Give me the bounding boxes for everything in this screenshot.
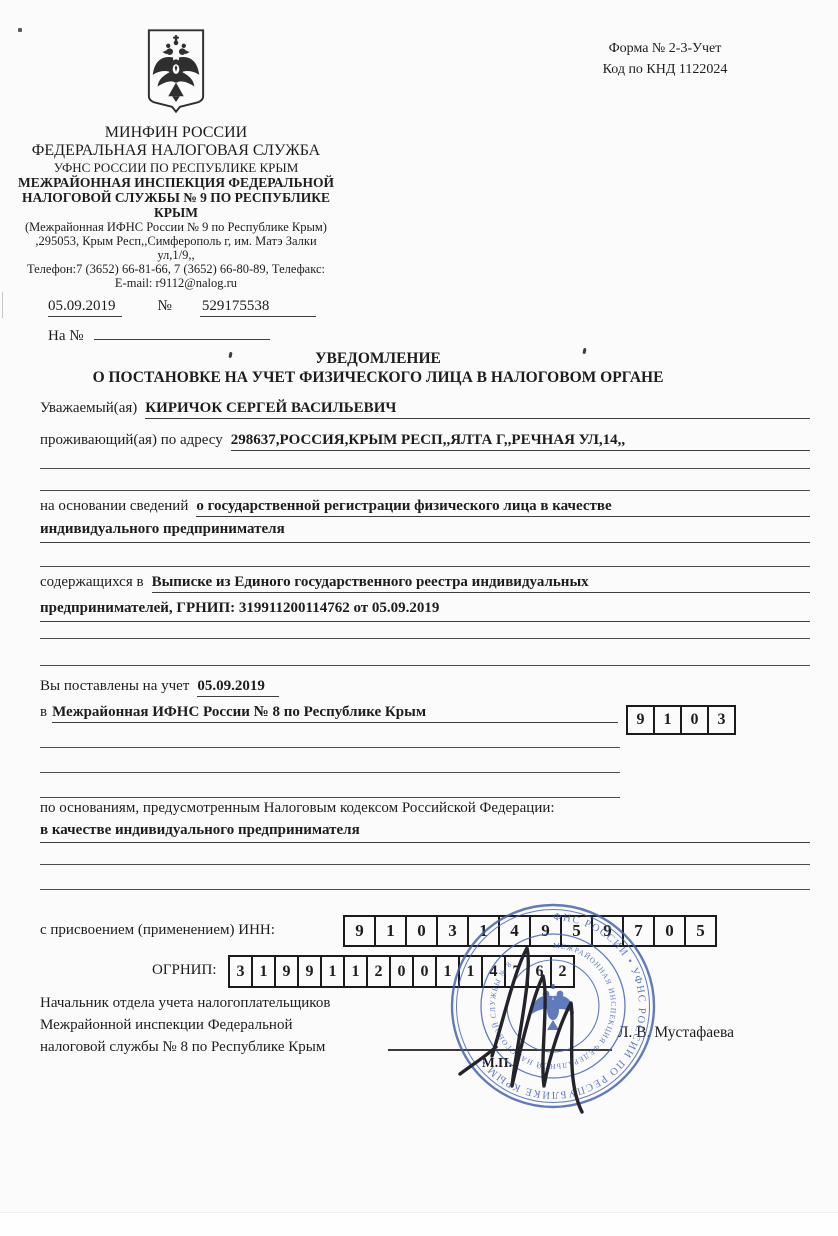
document-date: 05.09.2019 [48, 298, 122, 317]
grounds-label: по основаниям, предусмотренным Налоговым… [40, 800, 555, 817]
digit-cell: 5 [684, 915, 717, 947]
blank-line [40, 490, 810, 491]
grounds-value: в качестве индивидуального предпринимате… [40, 822, 360, 839]
blank-line [40, 772, 620, 773]
org-phone: Телефон:7 (3652) 66-81-66, 7 (3652) 66-8… [8, 262, 344, 276]
handwritten-signature [452, 926, 648, 1122]
blank-line [40, 864, 810, 865]
digit-cell: 0 [389, 955, 414, 988]
digit-cell: 0 [405, 915, 438, 947]
official-line: Межрайонной инспекции Федеральной [40, 1014, 390, 1036]
scanned-document-page: Форма № 2-3-Учет Код по КНД 1122024 МИНФ… [0, 0, 838, 1236]
registered-date: 05.09.2019 [197, 678, 279, 697]
blank-line [40, 665, 810, 666]
document-number: 529175538 [200, 298, 316, 317]
digit-cell: 2 [366, 955, 391, 988]
digit-cell: 1 [320, 955, 345, 988]
basis-row: на основании сведений о государственной … [40, 498, 810, 517]
grounds-value-row: в качестве индивидуального предпринимате… [40, 822, 810, 843]
org-line: МИНФИН РОССИИ [8, 124, 344, 142]
registered-row: Вы поставлены на учет 05.09.2019 [40, 678, 810, 697]
org-address: ,295053, Крым Респ,,Симферополь г, им. М… [8, 234, 344, 248]
authority-name: Межрайонная ИФНС России № 8 по Республик… [52, 704, 618, 723]
contained-label: содержащихся в [40, 574, 152, 591]
contained-row-2: предпринимателей, ГРНИП: 319911200114762… [40, 600, 810, 622]
blank-line [40, 889, 810, 890]
person-name: КИРИЧОК СЕРГЕЙ ВАСИЛЬЕВИЧ [145, 400, 810, 419]
grounds-label-row: по основаниям, предусмотренным Налоговым… [40, 800, 810, 817]
authority-code-boxes: 9103 [628, 705, 736, 735]
org-line: КРЫМ [8, 205, 344, 220]
digit-cell: 1 [343, 955, 368, 988]
basis-row-2: индивидуального предпринимателя [40, 521, 810, 543]
form-info-block: Форма № 2-3-Учет Код по КНД 1122024 [585, 38, 745, 80]
org-line: ФЕДЕРАЛЬНАЯ НАЛОГОВАЯ СЛУЖБА [8, 142, 344, 160]
greeting-row: Уважаемый(ая) КИРИЧОК СЕРГЕЙ ВАСИЛЬЕВИЧ [40, 400, 810, 419]
digit-cell: 9 [297, 955, 322, 988]
blank-line [40, 566, 810, 567]
org-address: ул,1/9,, [8, 248, 344, 262]
registered-label: Вы поставлены на учет [40, 678, 197, 695]
contained-row: содержащихся в Выписке из Единого госуда… [40, 574, 810, 593]
digit-cell: 0 [412, 955, 437, 988]
blank-line [40, 747, 620, 748]
scan-artifact [2, 292, 3, 318]
coat-of-arms-icon [145, 28, 207, 114]
form-number: Форма № 2-3-Учет [585, 38, 745, 59]
blank-line [40, 638, 810, 639]
basis-value: о государственной регистрации физическог… [196, 498, 810, 517]
org-email: E-mail: r9112@nalog.ru [8, 276, 344, 290]
basis-value-2: индивидуального предпринимателя [40, 521, 285, 538]
org-line: (Межрайонная ИФНС России № 9 по Республи… [8, 220, 344, 234]
basis-label: на основании сведений [40, 498, 196, 515]
knd-code: Код по КНД 1122024 [585, 59, 745, 80]
org-line: УФНС РОССИИ ПО РЕСПУБЛИКЕ КРЫМ [8, 160, 344, 175]
digit-cell: 1 [251, 955, 276, 988]
digit-cell: 1 [653, 705, 682, 735]
na-no-blank [94, 324, 270, 340]
org-line: МЕЖРАЙОННАЯ ИНСПЕКЦИЯ ФЕДЕРАЛЬНОЙ [8, 175, 344, 190]
org-line: НАЛОГОВОЙ СЛУЖБЫ № 9 ПО РЕСПУБЛИКЕ [8, 190, 344, 205]
official-title-block: Начальник отдела учета налогоплательщико… [40, 992, 390, 1058]
inn-label: с присвоением (применением) ИНН: [40, 922, 275, 939]
digit-cell: 9 [626, 705, 655, 735]
digit-cell: 3 [707, 705, 736, 735]
digit-cell: 1 [374, 915, 407, 947]
ogrnip-label: ОГРНИП: [152, 962, 217, 979]
official-line: налоговой службы № 8 по Республике Крым [40, 1036, 390, 1058]
digit-cell: 9 [343, 915, 376, 947]
na-no-label: На № [48, 328, 94, 345]
title-line-1: УВЕДОМЛЕНИЕ [40, 349, 716, 368]
address-row: проживающий(ая) по адресу 298637,РОССИЯ,… [40, 432, 810, 451]
official-line: Начальник отдела учета налогоплательщико… [40, 992, 390, 1014]
address-value: 298637,РОССИЯ,КРЫМ РЕСП,,ЯЛТА Г,,РЕЧНАЯ … [231, 432, 810, 451]
authority-row: в Межрайонная ИФНС России № 8 по Республ… [40, 704, 618, 723]
address-label: проживающий(ая) по адресу [40, 432, 231, 449]
digit-cell: 3 [228, 955, 253, 988]
digit-cell: 0 [680, 705, 709, 735]
contained-value: Выписке из Единого государственного реес… [152, 574, 810, 593]
title-line-2: О ПОСТАНОВКЕ НА УЧЕТ ФИЗИЧЕСКОГО ЛИЦА В … [40, 368, 716, 387]
grnip-value: предпринимателей, ГРНИП: 319911200114762… [40, 600, 439, 617]
scan-edge [0, 1212, 838, 1236]
authority-prefix: в [40, 704, 52, 721]
letterhead: МИНФИН РОССИИ ФЕДЕРАЛЬНАЯ НАЛОГОВАЯ СЛУЖ… [8, 28, 344, 290]
document-title: УВЕДОМЛЕНИЕ О ПОСТАНОВКЕ НА УЧЕТ ФИЗИЧЕС… [40, 349, 716, 387]
blank-line [40, 797, 620, 798]
blank-line [40, 468, 810, 469]
greeting-label: Уважаемый(ая) [40, 400, 145, 417]
digit-cell: 9 [274, 955, 299, 988]
number-sign: № [158, 298, 172, 315]
reference-block: 05.09.2019 № 529175538 На № [48, 298, 316, 345]
